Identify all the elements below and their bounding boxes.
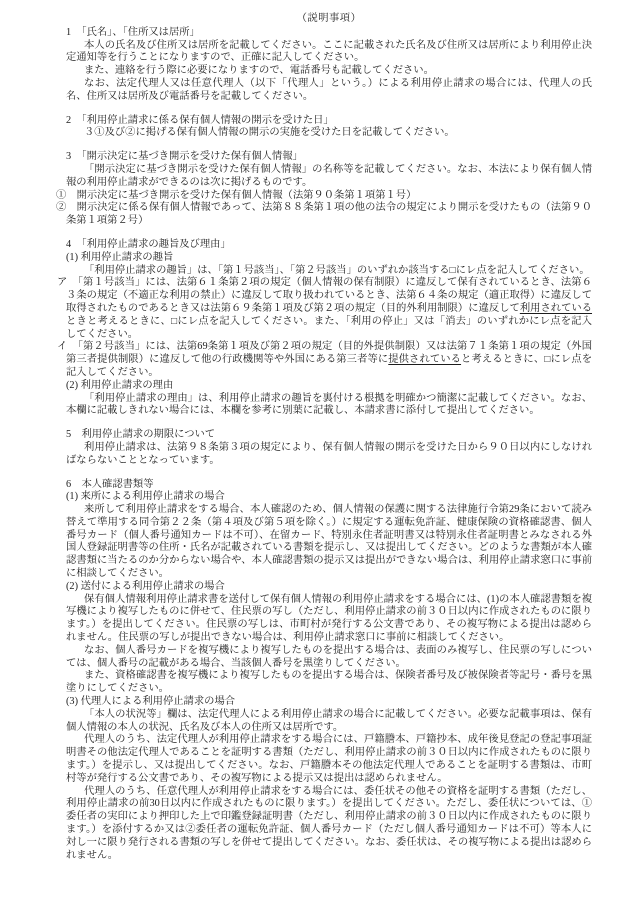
section-heading: 2 「利用停止請求に係る保有個人情報の開示を受けた日」 <box>66 115 592 128</box>
text-run: ３①及び②に掲げる保有個人情報の開示の実施を受けた日を記載してください。 <box>84 127 455 138</box>
text-run: 1 「氏名」、「住所又は居所」 <box>66 27 200 38</box>
section-heading: 6 本人確認書類等 <box>66 479 592 492</box>
text-run: 6 本人確認書類等 <box>66 479 154 490</box>
paragraph: また、資格確認書を複写機により複写したものを提出する場合は、保険者番号及び被保険… <box>66 670 592 696</box>
text-run: 代理人のうち、法定代理人が利用停止請求をする場合には、戸籍謄本、戸籍抄本、成年後… <box>66 734 592 783</box>
paragraph: 本人の氏名及び住所又は居所を記載してください。ここに記載された氏名及び住所又は居… <box>66 40 592 66</box>
text-run: 来所して利用停止請求をする場合、本人確認のため、個人情報の保護に関する法律施行令… <box>66 504 592 579</box>
text-run: 本人の氏名及び住所又は居所を記載してください。ここに記載された氏名及び住所又は居… <box>66 40 592 64</box>
paragraph: また、連絡を行う際に必要になりますので、電話番号も記載してください。 <box>66 65 592 78</box>
text-run: 「本人の状況等」欄は、法定代理人による利用停止請求の場合に記載してください。必要… <box>66 709 592 733</box>
text-run: また、資格確認書を複写機により複写したものを提出する場合は、保険者番号及び被保険… <box>66 670 592 694</box>
subsection-heading: (1) 利用停止請求の趣旨 <box>66 252 592 265</box>
underlined-text: 利用されている <box>520 303 592 314</box>
text-run: 保有個人情報利用停止請求書を送付して保有個人情報の利用停止請求をする場合には、(… <box>66 594 592 643</box>
subsection-heading: (1) 来所による利用停止請求の場合 <box>66 491 592 504</box>
section-heading: 3 「開示決定に基づき開示を受けた保有個人情報」 <box>66 151 592 164</box>
text-run: ときと考えるときに、□にレ点を記入してください。また、「利用の停止」又は「消去」… <box>66 316 592 340</box>
paragraph: 利用停止請求は、法第９８条第３項の規定により、保有個人情報の開示を受けた日から９… <box>66 442 592 468</box>
text-run: (2) 利用停止請求の理由 <box>66 380 173 391</box>
text-run: なお、個人番号カードを複写機により複写したものを提出する場合は、表面のみ複写し、… <box>66 645 592 669</box>
paragraph: 保有個人情報利用停止請求書を送付して保有個人情報の利用停止請求をする場合には、(… <box>66 594 592 645</box>
paragraph: 「本人の状況等」欄は、法定代理人による利用停止請求の場合に記載してください。必要… <box>66 709 592 735</box>
text-run: 2 「利用停止請求に係る保有個人情報の開示を受けた日」 <box>66 115 334 126</box>
section-heading: 4 「利用停止請求の趣旨及び理由」 <box>66 239 592 252</box>
text-run: 5 利用停止請求の期限について <box>66 429 215 440</box>
paragraph: なお、法定代理人又は任意代理人（以下「代理人」という。）による利用停止請求の場合… <box>66 78 592 104</box>
document-body: 1 「氏名」、「住所又は居所」本人の氏名及び住所又は居所を記載してください。ここ… <box>66 27 592 863</box>
document-page: （説明事項） 1 「氏名」、「住所又は居所」本人の氏名及び住所又は居所を記載して… <box>0 0 630 903</box>
subsection-heading: (2) 送付による利用停止請求の場合 <box>66 581 592 594</box>
text-run: 「利用停止請求の理由」は、利用停止請求の趣旨を裏付ける根拠を明確かつ簡潔に記載し… <box>66 393 592 417</box>
text-run: (2) 送付による利用停止請求の場合 <box>66 581 225 592</box>
page-title: （説明事項） <box>66 13 592 26</box>
paragraph: 来所して利用停止請求をする場合、本人確認のため、個人情報の保護に関する法律施行令… <box>66 504 592 581</box>
underlined-text: 提供されている <box>388 354 461 365</box>
paragraph: 「利用停止請求の趣旨」は、「第１号該当」、「第２号該当」のいずれか該当する□にレ… <box>66 265 592 278</box>
text-run: 「開示決定に基づき開示を受けた保有個人情報」の名称等を記載してください。なお、本… <box>66 164 592 188</box>
text-run: 3 「開示決定に基づき開示を受けた保有個人情報」 <box>66 151 303 162</box>
paragraph: 代理人のうち、任意代理人が利用停止請求をする場合には、委任状その他その資格を証明… <box>66 786 592 863</box>
text-run: ② 開示決定に係る保有個人情報であって、法第８８条第１項の他の法令の規定により開… <box>56 202 592 226</box>
text-run: また、連絡を行う際に必要になりますので、電話番号も記載してください。 <box>84 65 434 76</box>
subsection-heading: (2) 利用停止請求の理由 <box>66 380 592 393</box>
text-run: なお、法定代理人又は任意代理人（以下「代理人」という。）による利用停止請求の場合… <box>66 78 592 102</box>
text-run: ① 開示決定に基づき開示を受けた保有個人情報（法第９０条第１項第１号） <box>56 190 416 201</box>
list-item: ② 開示決定に係る保有個人情報であって、法第８８条第１項の他の法令の規定により開… <box>66 202 592 228</box>
text-run: 利用停止請求は、法第９８条第３項の規定により、保有個人情報の開示を受けた日から９… <box>66 442 592 466</box>
list-item: イ 「第２号該当」には、法第69条第１項及び第２項の規定（目的外提供制限）又は法… <box>66 341 592 379</box>
subsection-heading: (3) 代理人による利用停止請求の場合 <box>66 696 592 709</box>
text-run: ア 「第１号該当」には、法第６１条第２項の規定（個人情報の保有制限）に違反して保… <box>57 277 592 314</box>
list-item: ア 「第１号該当」には、法第６１条第２項の規定（個人情報の保有制限）に違反して保… <box>66 277 592 341</box>
paragraph: ３①及び②に掲げる保有個人情報の開示の実施を受けた日を記載してください。 <box>66 127 592 140</box>
list-item: ① 開示決定に基づき開示を受けた保有個人情報（法第９０条第１項第１号） <box>66 190 592 203</box>
text-run: (1) 利用停止請求の趣旨 <box>66 252 173 263</box>
paragraph: 「利用停止請求の理由」は、利用停止請求の趣旨を裏付ける根拠を明確かつ簡潔に記載し… <box>66 393 592 419</box>
text-run: 「利用停止請求の趣旨」は、「第１号該当」、「第２号該当」のいずれか該当する□にレ… <box>84 265 590 276</box>
paragraph: なお、個人番号カードを複写機により複写したものを提出する場合は、表面のみ複写し、… <box>66 645 592 671</box>
paragraph: 「開示決定に基づき開示を受けた保有個人情報」の名称等を記載してください。なお、本… <box>66 164 592 190</box>
section-heading: 1 「氏名」、「住所又は居所」 <box>66 27 592 40</box>
section-heading: 5 利用停止請求の期限について <box>66 429 592 442</box>
text-run: (1) 来所による利用停止請求の場合 <box>66 491 225 502</box>
text-run: 代理人のうち、任意代理人が利用停止請求をする場合には、委任状その他その資格を証明… <box>66 786 592 861</box>
text-run: (3) 代理人による利用停止請求の場合 <box>66 696 235 707</box>
text-run: 4 「利用停止請求の趣旨及び理由」 <box>66 239 231 250</box>
paragraph: 代理人のうち、法定代理人が利用停止請求をする場合には、戸籍謄本、戸籍抄本、成年後… <box>66 734 592 785</box>
